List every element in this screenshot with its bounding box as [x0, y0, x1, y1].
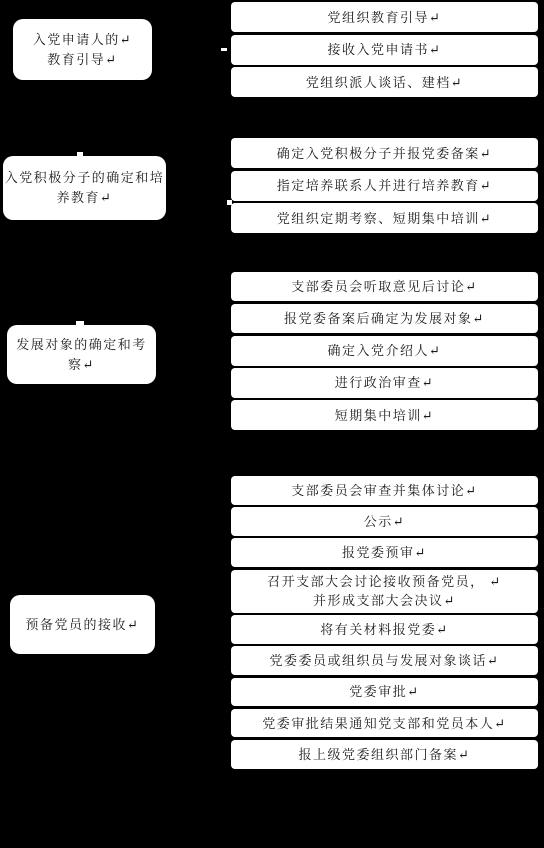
stage-label-line: 察↵ — [68, 355, 95, 375]
step-box: 短期集中培训↵ — [231, 400, 538, 429]
stage-label-line: 预备党员的接收↵ — [26, 615, 140, 635]
step-box: 将有关材料报党委↵ — [231, 615, 538, 644]
step-text: 确定入党介绍人↵ — [328, 341, 442, 360]
step-box: 党组织教育引导↵ — [231, 2, 538, 32]
step-box: 报上级党委组织部门备案↵ — [231, 740, 538, 769]
step-text: 召开支部大会讨论接收预备党员， ↵ — [267, 572, 502, 591]
step-text: 党组织派人谈话、建档↵ — [306, 73, 463, 92]
step-box: 指定培养联系人并进行培养教育↵ — [231, 171, 538, 201]
connector-artifact — [76, 321, 84, 325]
step-text: 短期集中培训↵ — [335, 406, 434, 425]
step-box: 公示↵ — [231, 507, 538, 536]
step-box: 支部委员会审查并集体讨论↵ — [231, 476, 538, 505]
step-text: 党委委员或组织员与发展对象谈话↵ — [270, 651, 500, 670]
stage-box-activist-cultivation: 入党积极分子的确定和培 养教育↵ — [3, 156, 166, 220]
step-box: 接收入党申请书↵ — [231, 35, 538, 65]
step-box: 党组织派人谈话、建档↵ — [231, 67, 538, 97]
step-text: 确定入党积极分子并报党委备案↵ — [277, 144, 492, 163]
step-text: 并形成支部大会决议↵ — [313, 591, 456, 610]
step-box: 进行政治审查↵ — [231, 368, 538, 397]
step-text: 报上级党委组织部门备案↵ — [299, 745, 471, 764]
step-text: 党组织教育引导↵ — [328, 8, 442, 27]
step-text: 党委审批结果通知党支部和党员本人↵ — [262, 714, 506, 733]
stage-label-line: 发展对象的确定和考 — [16, 335, 147, 355]
step-text: 接收入党申请书↵ — [328, 40, 442, 59]
stage-label-line: 入党申请人的↵ — [33, 30, 132, 50]
step-text: 指定培养联系人并进行培养教育↵ — [277, 176, 492, 195]
step-box: 党委审批结果通知党支部和党员本人↵ — [231, 709, 538, 738]
stage-label-line: 教育引导↵ — [47, 50, 117, 70]
stage-label-line: 入党积极分子的确定和培 — [5, 168, 165, 188]
step-box: 确定入党积极分子并报党委备案↵ — [231, 138, 538, 168]
step-text: 将有关材料报党委↵ — [320, 620, 448, 639]
step-box: 报党委预审↵ — [231, 538, 538, 567]
stage-box-development-target: 发展对象的确定和考 察↵ — [7, 325, 156, 384]
connector-artifact — [227, 200, 232, 205]
step-text: 支部委员会审查并集体讨论↵ — [291, 481, 477, 500]
step-box: 党组织定期考察、短期集中培训↵ — [231, 203, 538, 233]
flowchart-canvas: 入党申请人的↵ 教育引导↵ 入党积极分子的确定和培 养教育↵ 发展对象的确定和考… — [0, 0, 544, 848]
step-box: 支部委员会听取意见后讨论↵ — [231, 272, 538, 301]
steps-group-1: 党组织教育引导↵ 接收入党申请书↵ 党组织派人谈话、建档↵ — [231, 2, 538, 97]
stage-label-line: 养教育↵ — [57, 188, 113, 208]
steps-group-2: 确定入党积极分子并报党委备案↵ 指定培养联系人并进行培养教育↵ 党组织定期考察、… — [231, 138, 538, 233]
steps-group-4: 支部委员会审查并集体讨论↵ 公示↵ 报党委预审↵ 召开支部大会讨论接收预备党员，… — [231, 476, 538, 769]
connector-artifact — [221, 48, 227, 51]
step-text: 党组织定期考察、短期集中培训↵ — [277, 209, 492, 228]
step-box: 召开支部大会讨论接收预备党员， ↵ 并形成支部大会决议↵ — [231, 570, 538, 613]
step-text: 公示↵ — [364, 512, 405, 531]
step-text: 报党委预审↵ — [342, 543, 427, 562]
step-box: 党委委员或组织员与发展对象谈话↵ — [231, 646, 538, 675]
step-box: 报党委备案后确定为发展对象↵ — [231, 304, 538, 333]
step-text: 党委审批↵ — [349, 682, 419, 701]
step-text: 支部委员会听取意见后讨论↵ — [291, 277, 477, 296]
step-text: 进行政治审查↵ — [335, 373, 434, 392]
step-box: 党委审批↵ — [231, 678, 538, 707]
stage-box-probationary-admission: 预备党员的接收↵ — [10, 595, 155, 654]
step-text: 报党委备案后确定为发展对象↵ — [284, 309, 485, 328]
step-box: 确定入党介绍人↵ — [231, 336, 538, 365]
connector-artifact — [77, 152, 83, 156]
stage-box-applicant-education: 入党申请人的↵ 教育引导↵ — [13, 19, 152, 80]
steps-group-3: 支部委员会听取意见后讨论↵ 报党委备案后确定为发展对象↵ 确定入党介绍人↵ 进行… — [231, 272, 538, 430]
